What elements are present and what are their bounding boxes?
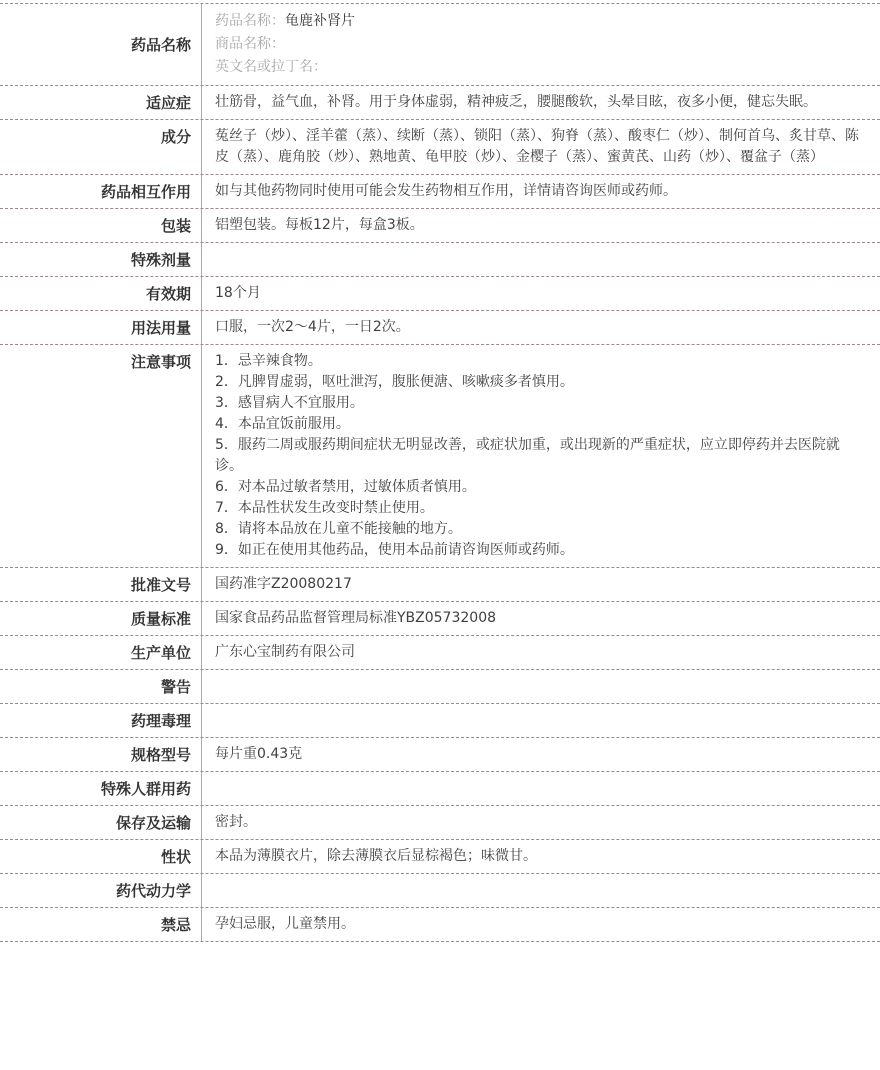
field-prefix: 英文名或拉丁名：: [215, 59, 327, 75]
row-value: 如与其他药物同时使用可能会发生药物相互作用，详情请咨询医师或药师。: [202, 175, 880, 208]
row-value: 药品名称：龟鹿补肾片商品名称：英文名或拉丁名：: [202, 4, 880, 85]
row-label: 规格型号: [0, 738, 202, 771]
row-value: 18个月: [202, 277, 880, 310]
row-value: 本品为薄膜衣片，除去薄膜衣后显棕褐色；味微甘。: [202, 840, 880, 873]
row-label: 包装: [0, 209, 202, 242]
field-prefix: 商品名称：: [215, 36, 285, 52]
row-value: [202, 670, 880, 703]
row-label: 药代动力学: [0, 874, 202, 907]
row-value: [202, 772, 880, 805]
row-value: 国药准字Z20080217: [202, 568, 880, 601]
row-value: 口服，一次2～4片，一日2次。: [202, 311, 880, 344]
precaution-item: 4．本品宜饭前服用。: [215, 414, 864, 435]
row-label: 药品相互作用: [0, 175, 202, 208]
precaution-item: 7．本品性状发生改变时禁止使用。: [215, 498, 864, 519]
table-row: 禁忌 孕妇忌服，儿童禁用。: [0, 908, 880, 942]
table-row: 药品名称 药品名称：龟鹿补肾片商品名称：英文名或拉丁名：: [0, 4, 880, 86]
table-row: 适应症 壮筋骨，益气血，补肾。用于身体虚弱，精神疲乏，腰腿酸软，头晕目眩，夜多小…: [0, 86, 880, 120]
row-label: 用法用量: [0, 311, 202, 344]
table-row: 用法用量 口服，一次2～4片，一日2次。: [0, 311, 880, 345]
row-value: 孕妇忌服，儿童禁用。: [202, 908, 880, 941]
row-label: 药理毒理: [0, 704, 202, 737]
table-row: 生产单位 广东心宝制药有限公司: [0, 636, 880, 670]
table-row: 批准文号 国药准字Z20080217: [0, 568, 880, 602]
field-value: 龟鹿补肾片: [285, 13, 355, 29]
row-value: [202, 874, 880, 907]
drug-info-table: 药品名称 药品名称：龟鹿补肾片商品名称：英文名或拉丁名： 适应症 壮筋骨，益气血…: [0, 3, 880, 942]
drug-name-line: 英文名或拉丁名：: [215, 56, 864, 79]
row-label: 质量标准: [0, 602, 202, 635]
table-row: 注意事项 1．忌辛辣食物。2．凡脾胃虚弱，呕吐泄泻，腹胀便溏、咳嗽痰多者慎用。3…: [0, 345, 880, 568]
table-row: 警告: [0, 670, 880, 704]
table-row: 特殊人群用药: [0, 772, 880, 806]
table-row: 保存及运输 密封。: [0, 806, 880, 840]
field-prefix: 药品名称：: [215, 13, 285, 29]
row-label: 禁忌: [0, 908, 202, 941]
row-label: 批准文号: [0, 568, 202, 601]
row-label: 成分: [0, 120, 202, 174]
table-row: 性状 本品为薄膜衣片，除去薄膜衣后显棕褐色；味微甘。: [0, 840, 880, 874]
row-value: 密封。: [202, 806, 880, 839]
row-value: [202, 704, 880, 737]
precaution-item: 6．对本品过敏者禁用，过敏体质者慎用。: [215, 477, 864, 498]
row-label: 有效期: [0, 277, 202, 310]
row-value: 广东心宝制药有限公司: [202, 636, 880, 669]
table-row: 药代动力学: [0, 874, 880, 908]
row-label: 性状: [0, 840, 202, 873]
row-value: 1．忌辛辣食物。2．凡脾胃虚弱，呕吐泄泻，腹胀便溏、咳嗽痰多者慎用。3．感冒病人…: [202, 345, 880, 567]
table-row: 药品相互作用 如与其他药物同时使用可能会发生药物相互作用，详情请咨询医师或药师。: [0, 175, 880, 209]
table-row: 特殊剂量: [0, 243, 880, 277]
row-label: 药品名称: [0, 4, 202, 85]
row-label: 适应症: [0, 86, 202, 119]
table-row: 包装 铝塑包装。每板12片，每盒3板。: [0, 209, 880, 243]
row-value: 菟丝子（炒）、淫羊藿（蒸）、续断（蒸）、锁阳（蒸）、狗脊（蒸）、酸枣仁（炒）、制…: [202, 120, 880, 174]
row-value: 每片重0.43克: [202, 738, 880, 771]
precaution-item: 9．如正在使用其他药品，使用本品前请咨询医师或药师。: [215, 540, 864, 561]
row-label: 警告: [0, 670, 202, 703]
row-label: 保存及运输: [0, 806, 202, 839]
row-value: [202, 243, 880, 276]
precaution-item: 5．服药二周或服药期间症状无明显改善，或症状加重，或出现新的严重症状，应立即停药…: [215, 435, 864, 477]
precaution-item: 1．忌辛辣食物。: [215, 351, 864, 372]
table-row: 成分 菟丝子（炒）、淫羊藿（蒸）、续断（蒸）、锁阳（蒸）、狗脊（蒸）、酸枣仁（炒…: [0, 120, 880, 175]
row-value: 铝塑包装。每板12片，每盒3板。: [202, 209, 880, 242]
drug-name-line: 商品名称：: [215, 33, 864, 56]
table-row: 规格型号 每片重0.43克: [0, 738, 880, 772]
row-label: 特殊人群用药: [0, 772, 202, 805]
row-value: 壮筋骨，益气血，补肾。用于身体虚弱，精神疲乏，腰腿酸软，头晕目眩，夜多小便，健忘…: [202, 86, 880, 119]
precaution-item: 8．请将本品放在儿童不能接触的地方。: [215, 519, 864, 540]
table-row: 药理毒理: [0, 704, 880, 738]
table-row: 质量标准 国家食品药品监督管理局标准YBZ05732008: [0, 602, 880, 636]
row-label: 生产单位: [0, 636, 202, 669]
precaution-item: 3．感冒病人不宜服用。: [215, 393, 864, 414]
row-value: 国家食品药品监督管理局标准YBZ05732008: [202, 602, 880, 635]
row-label: 特殊剂量: [0, 243, 202, 276]
table-row: 有效期 18个月: [0, 277, 880, 311]
drug-name-line: 药品名称：龟鹿补肾片: [215, 10, 864, 33]
precaution-item: 2．凡脾胃虚弱，呕吐泄泻，腹胀便溏、咳嗽痰多者慎用。: [215, 372, 864, 393]
row-label: 注意事项: [0, 345, 202, 567]
